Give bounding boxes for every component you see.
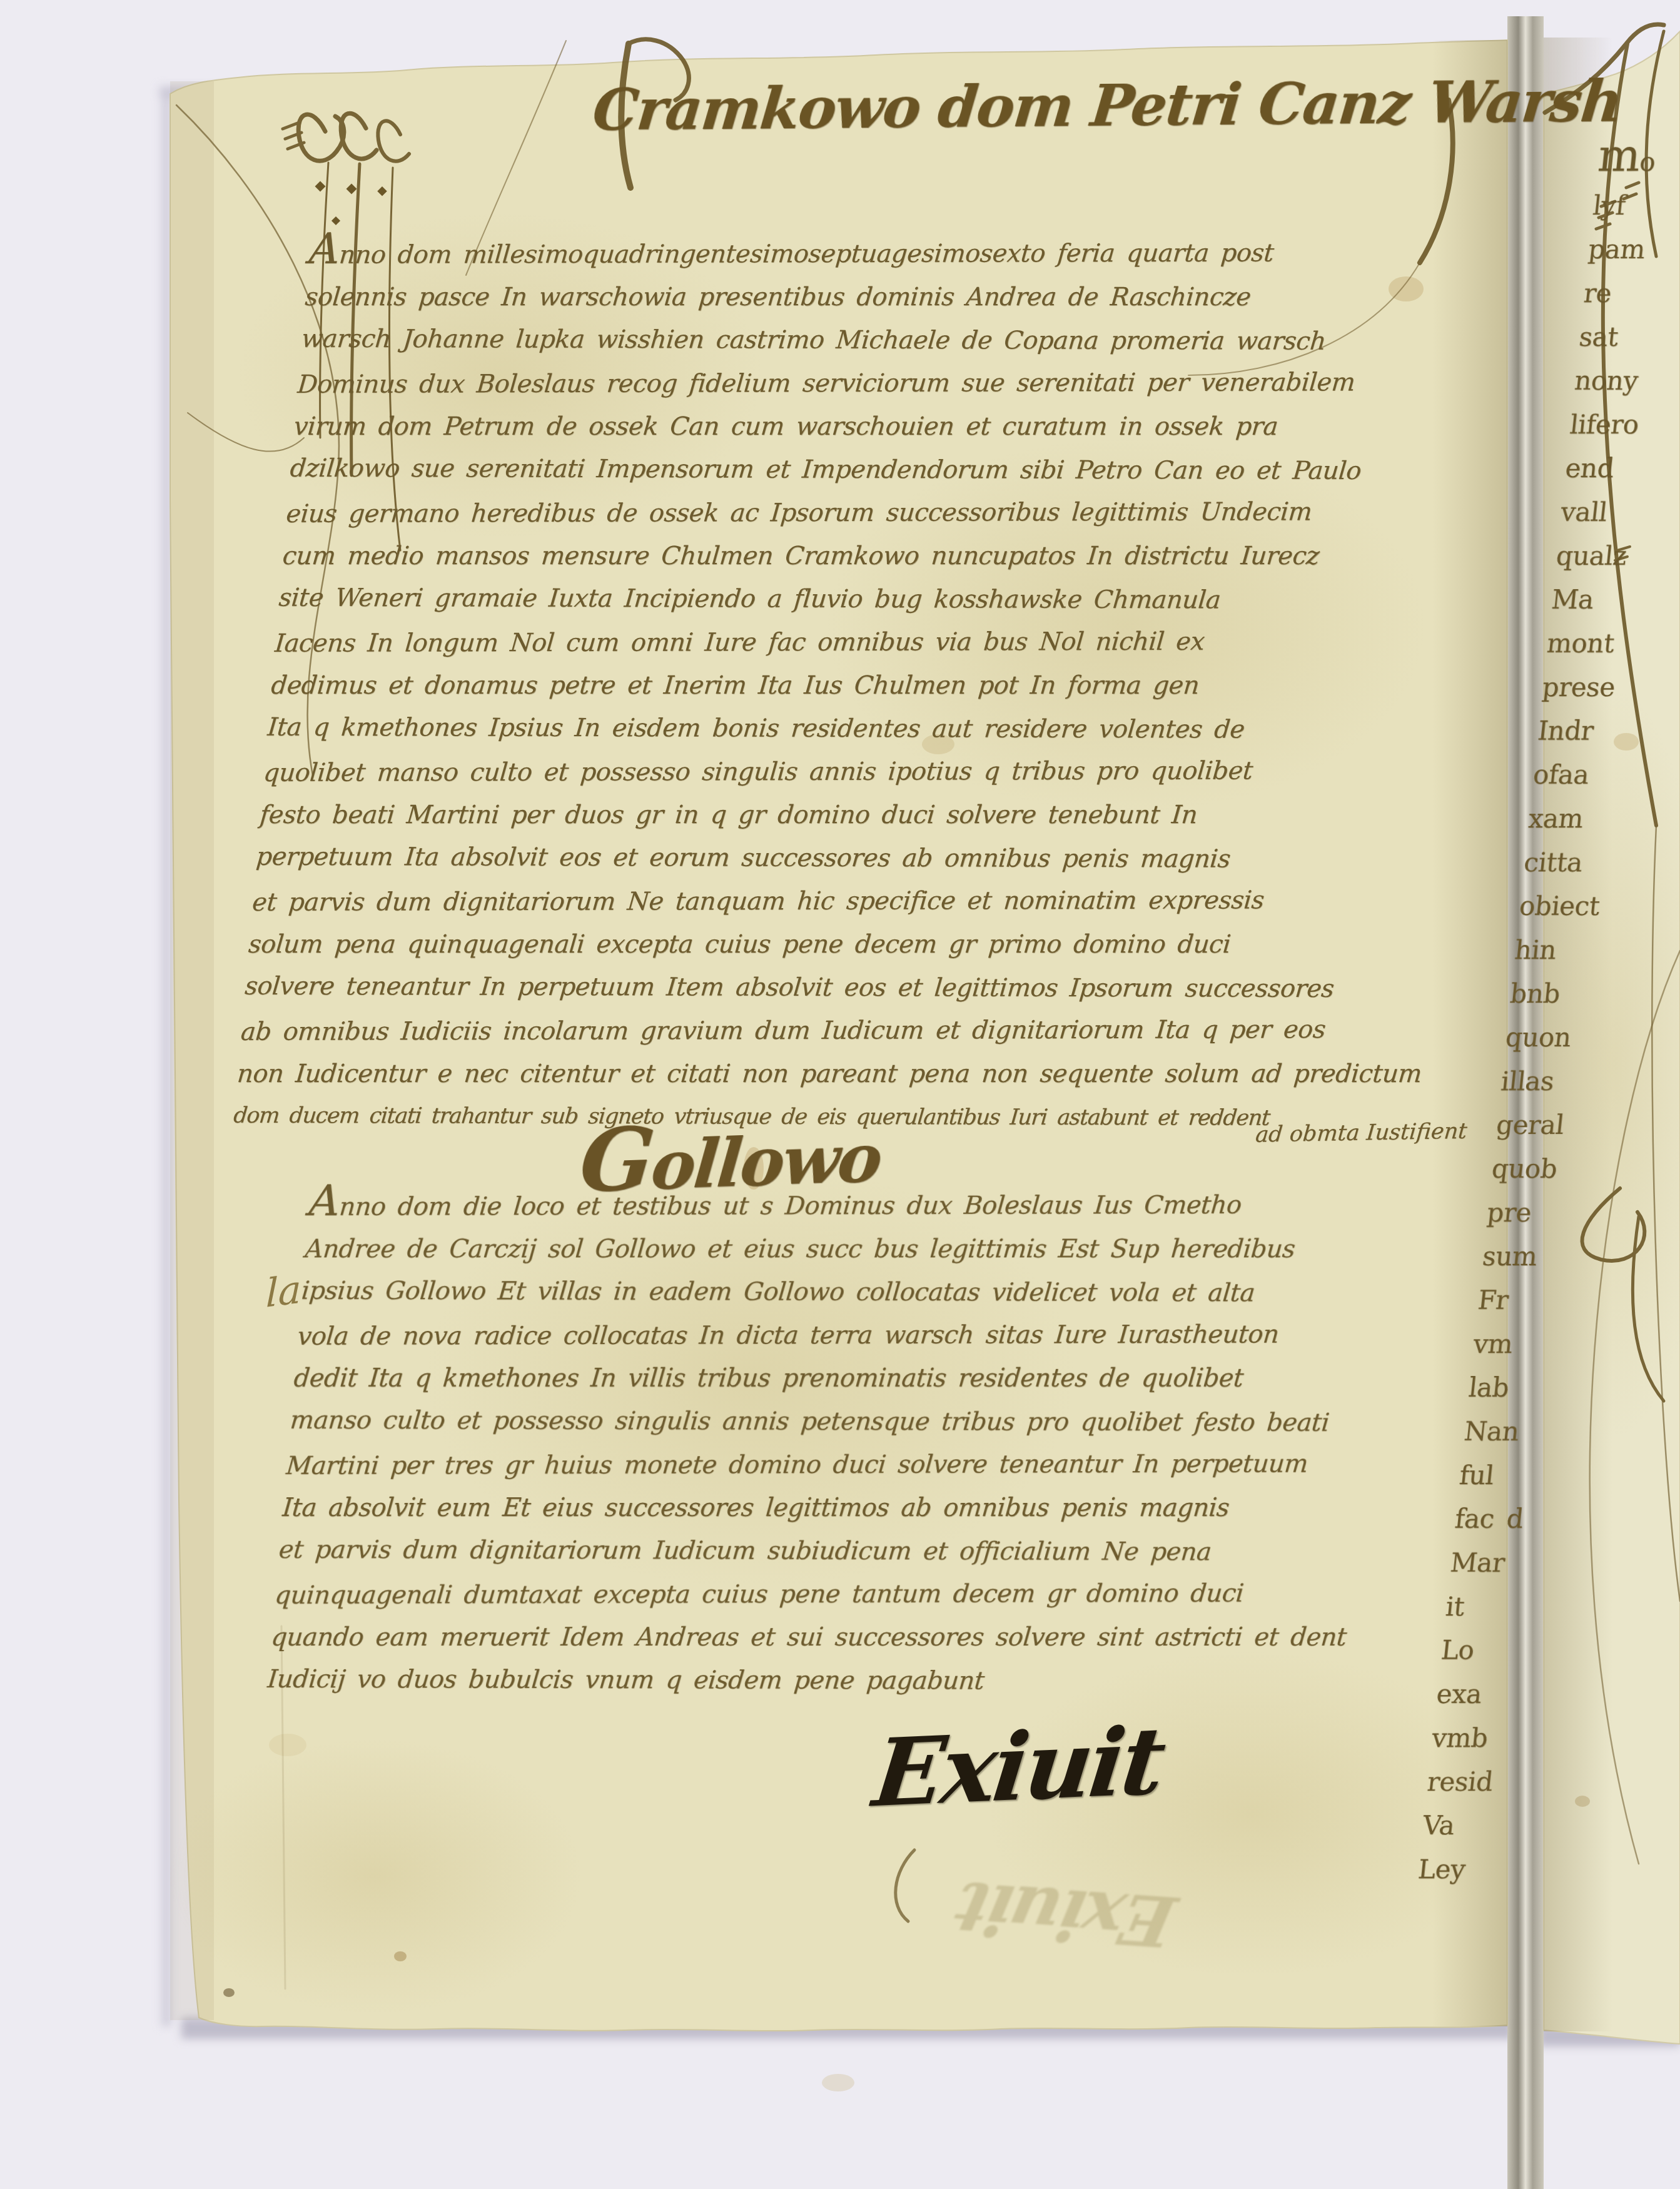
text-line: ipsius Gollowo Et villas in eadem Gollow… xyxy=(300,1270,1439,1315)
text-line: quando eam meruerit Idem Andreas et sui … xyxy=(270,1616,1409,1659)
text-line: Ita absolvit eum Et eius successores leg… xyxy=(281,1487,1420,1530)
text-line: Iacens In longum Nol cum omni Iure fac o… xyxy=(273,620,1412,665)
text-line-fragment: sat xyxy=(1577,315,1680,359)
text-line-fragment: vm xyxy=(1471,1322,1582,1366)
text-line: Anno dom die loco et testibus ut s Domin… xyxy=(307,1183,1446,1229)
text-line-fragment: Mar xyxy=(1448,1541,1559,1585)
text-line-fragment: citta xyxy=(1522,841,1632,884)
text-line: dedimus et donamus petre et Inerim Ita I… xyxy=(270,664,1409,707)
text-line-fragment: pre xyxy=(1485,1191,1596,1235)
text-line-fragment: vmb xyxy=(1430,1716,1541,1760)
text-line: ab omnibus Iudiciis incolarum gravium du… xyxy=(239,1008,1378,1054)
text-line: dzilkowo sue serenitati Impensorum et Im… xyxy=(288,447,1427,493)
text-line: manso culto et possesso singulis annis p… xyxy=(288,1399,1427,1445)
text-line-fragment: obiect xyxy=(1517,884,1628,928)
text-line: eius germano heredibus de ossek ac Ipsor… xyxy=(285,490,1424,536)
text-line: virum dom Petrum de ossek Can cum warsch… xyxy=(292,405,1431,448)
text-line: solvere teneantur In perpetuum Item abso… xyxy=(243,965,1382,1011)
text-line-fragment: geral xyxy=(1494,1103,1605,1147)
text-line-fragment: exa xyxy=(1434,1672,1545,1716)
text-line-fragment: nony xyxy=(1572,359,1680,403)
text-line-fragment: Indr xyxy=(1536,709,1646,753)
closing-word: Exiuit xyxy=(868,1706,1168,1828)
text-line-fragment: ful xyxy=(1457,1453,1568,1497)
text-line-fragment: Ma xyxy=(1549,578,1660,622)
text-line: cum medio mansos mensure Chulmen Cramkow… xyxy=(281,535,1420,578)
text-line-fragment: sum xyxy=(1480,1235,1591,1278)
text-line-fragment: quob xyxy=(1489,1147,1600,1191)
text-line-fragment: end xyxy=(1563,447,1674,490)
text-line-fragment: qualz xyxy=(1554,534,1664,578)
text-line: Andree de Carczij sol Gollowo et eius su… xyxy=(303,1228,1442,1271)
text-line-fragment: mo xyxy=(1596,140,1680,184)
text-line: solennis pasce In warschowia presentibus… xyxy=(303,276,1442,319)
text-line-fragment: mont xyxy=(1545,622,1656,665)
text-line-fragment: bnb xyxy=(1508,972,1619,1016)
text-line-fragment: lab xyxy=(1467,1366,1577,1410)
text-line-fragment: quon xyxy=(1503,1016,1614,1059)
text-line: dedit Ita q kmethones In villis tribus p… xyxy=(292,1357,1431,1400)
text-line: festo beati Martini per duos gr in q gr … xyxy=(258,794,1397,837)
text-line-fragment: illas xyxy=(1499,1059,1609,1103)
text-line-fragment: vall xyxy=(1559,490,1669,534)
entry-cramkowo-body: Anno dom millesimoquadringentesimoseptua… xyxy=(231,233,1446,1139)
margin-note: la xyxy=(266,1266,302,1317)
text-line-fragment: prese xyxy=(1540,665,1651,709)
text-line: site Weneri gramaie Iuxta Incipiendo a f… xyxy=(277,577,1416,622)
text-line-fragment: resid xyxy=(1425,1760,1536,1804)
text-line-fragment: ofaa xyxy=(1531,753,1642,797)
entry-heading-cramkowo: Cramkowo dom Petri Canz Warsh xyxy=(590,70,1484,144)
text-line-fragment: Fr xyxy=(1475,1278,1586,1322)
text-line: non Iudicentur e nec citentur et citati … xyxy=(235,1053,1374,1096)
text-line: Dominus dux Boleslaus recog fidelium ser… xyxy=(296,361,1435,407)
text-line-fragment: lifero xyxy=(1568,403,1679,447)
manuscript-photo: Cramkowo dom Petri Canz Warsh Anno dom m… xyxy=(0,0,1680,2189)
text-line: et parvis dum dignitariorum Iudicum subi… xyxy=(277,1529,1416,1574)
text-line: quolibet manso culto et possesso singuli… xyxy=(261,749,1400,795)
text-line: solum pena quinquagenali excepta cuius p… xyxy=(246,923,1385,966)
text-line: quinquagenali dumtaxat excepta cuius pen… xyxy=(273,1572,1412,1617)
text-line-fragment: Lo xyxy=(1439,1629,1549,1672)
text-line-fragment: fac d xyxy=(1453,1497,1564,1541)
text-line-fragment: Va xyxy=(1420,1804,1531,1848)
text-line: et parvis dum dignitariorum Ne tanquam h… xyxy=(250,879,1389,924)
text-line-fragment: Nan xyxy=(1462,1410,1572,1453)
text-line: vola de nova radice collocatas In dicta … xyxy=(296,1313,1435,1358)
text-line-fragment: lyf xyxy=(1591,184,1680,228)
text-line: perpetuum Ita absolvit eos et eorum succ… xyxy=(255,836,1394,881)
text-line: Ita q kmethones Ipsius In eisdem bonis r… xyxy=(266,706,1405,752)
text-line-fragment: pam xyxy=(1586,228,1680,271)
text-line: warsch Johanne lupka wisshien castrimo M… xyxy=(300,318,1439,363)
text-line-fragment: xam xyxy=(1526,797,1637,841)
text-line-fragment: hin xyxy=(1512,928,1623,972)
text-line-fragment: it xyxy=(1444,1585,1554,1629)
left-edge-tone xyxy=(170,81,214,2020)
text-line: Anno dom millesimoquadringentesimoseptua… xyxy=(307,231,1446,277)
entry-cramkowo-tail: ad obmta Iustifient xyxy=(1234,1119,1468,1148)
text-line-fragment: re xyxy=(1582,271,1680,315)
text-line: Iudicij vo duos bubulcis vnum q eisdem p… xyxy=(266,1658,1405,1704)
text-line-fragment: Ley xyxy=(1416,1848,1527,1891)
text-line: Martini per tres gr huius monete domino … xyxy=(285,1442,1424,1488)
entry-gollowo-body: Anno dom die loco et testibus ut s Domin… xyxy=(266,1185,1446,1702)
